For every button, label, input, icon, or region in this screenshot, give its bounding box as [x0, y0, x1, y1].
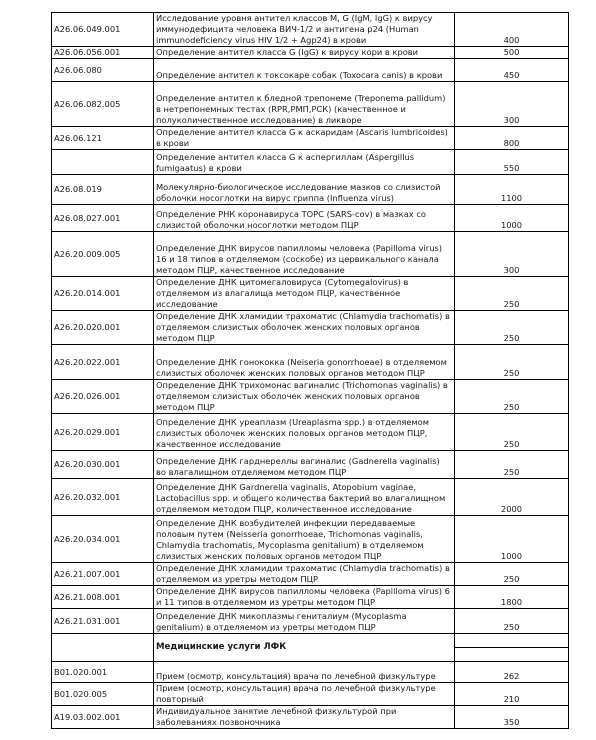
service-code: A26.06.121 — [52, 127, 154, 150]
service-description: Определение ДНК гонококка (Neiseria gono… — [154, 345, 455, 380]
service-code: A26.20.020.001 — [52, 311, 154, 345]
split-top — [455, 634, 568, 647]
table-row: A26.06.082.005Определение антител к блед… — [52, 82, 569, 127]
service-description: Определение ДНК Gardnerella vaginalis, A… — [154, 479, 455, 516]
table-row: A26.20.030.001Определение ДНК гарднерелл… — [52, 451, 569, 479]
service-code: A26.21.008.001 — [52, 586, 154, 609]
service-description: Молекулярно-биологическое исследование м… — [154, 175, 455, 205]
service-price: 400 — [455, 13, 569, 47]
service-description: Определение ДНК цитомегаловируса (Cytome… — [154, 277, 455, 311]
service-price: 250 — [455, 414, 569, 451]
table-row: A26.21.031.001Определение ДНК микоплазмы… — [52, 609, 569, 634]
service-description: Определение антител к токсокаре собак (T… — [154, 59, 455, 82]
section-price-cell — [455, 634, 569, 662]
table-row: A26.20.020.001Определение ДНК хламидии т… — [52, 311, 569, 345]
table-row: A26.21.007.001Определение ДНК хламидии т… — [52, 563, 569, 586]
service-description: Прием (осмотр, консультация) врача по ле… — [154, 662, 455, 683]
service-price: 250 — [455, 345, 569, 380]
service-code: B01.020.001 — [52, 662, 154, 683]
service-description: Определение ДНК хламидии трахоматис (Chl… — [154, 311, 455, 345]
service-price: 550 — [455, 150, 569, 175]
service-code: A26.20.009.005 — [52, 232, 154, 277]
service-price: 300 — [455, 232, 569, 277]
service-description: Определение антител класса G (IgG) к вир… — [154, 47, 455, 59]
table-row: A26.20.029.001Определение ДНК уреаплазм … — [52, 414, 569, 451]
service-price: 350 — [455, 706, 569, 729]
service-description: Определение ДНК возбудителей инфекции пе… — [154, 516, 455, 563]
table-row: A26.06.049.001Исследование уровня антите… — [52, 13, 569, 47]
service-code: A26.20.014.001 — [52, 277, 154, 311]
table-row: A26.20.014.001Определение ДНК цитомегало… — [52, 277, 569, 311]
service-price: 1800 — [455, 586, 569, 609]
service-price: 300 — [455, 82, 569, 127]
service-price: 250 — [455, 609, 569, 634]
service-code: A26.06.056.001 — [52, 47, 154, 59]
service-code: A26.20.034.001 — [52, 516, 154, 563]
service-code — [52, 150, 154, 175]
split-bottom — [455, 647, 568, 661]
service-description: Определение ДНК микоплазмы гениталиум (M… — [154, 609, 455, 634]
section-title: Медицинские услуги ЛФК — [154, 634, 455, 662]
service-code: A26.06.080 — [52, 59, 154, 82]
service-description: Определение ДНК вирусов папилломы челове… — [154, 232, 455, 277]
service-price: 250 — [455, 380, 569, 414]
table-row: A26.08.019Молекулярно-биологическое иссл… — [52, 175, 569, 205]
service-code: B01.020.005 — [52, 683, 154, 706]
table-row: A19.03.002.001Индивидуальное занятие леч… — [52, 706, 569, 729]
service-description: Определение антител к бледной трепонеме … — [154, 82, 455, 127]
service-description: Определение ДНК гарднереллы вагиналис (G… — [154, 451, 455, 479]
service-description: Индивидуальное занятие лечебной физкульт… — [154, 706, 455, 729]
table-row: B01.020.005Прием (осмотр, консультация) … — [52, 683, 569, 706]
service-description: Определение ДНК хламидии трахоматис (Chl… — [154, 563, 455, 586]
service-price: 800 — [455, 127, 569, 150]
table-row: A26.06.080Определение антител к токсокар… — [52, 59, 569, 82]
service-price: 1000 — [455, 205, 569, 232]
table-row: A26.06.056.001Определение антител класса… — [52, 47, 569, 59]
table-row: A26.20.034.001Определение ДНК возбудител… — [52, 516, 569, 563]
service-price: 1100 — [455, 175, 569, 205]
service-code: A26.08.019 — [52, 175, 154, 205]
service-description: Определение РНК коронавируса ТОРС (SARS-… — [154, 205, 455, 232]
table-row: A26.20.022.001Определение ДНК гонококка … — [52, 345, 569, 380]
service-code: A26.06.049.001 — [52, 13, 154, 47]
service-code — [52, 634, 154, 662]
service-code: A19.03.002.001 — [52, 706, 154, 729]
service-price: 262 — [455, 662, 569, 683]
service-price: 250 — [455, 311, 569, 345]
service-code: A26.08.027.001 — [52, 205, 154, 232]
service-code: A26.20.026.001 — [52, 380, 154, 414]
split-cell — [455, 634, 568, 661]
table-row: A26.20.032.001Определение ДНК Gardnerell… — [52, 479, 569, 516]
service-price: 250 — [455, 277, 569, 311]
service-description: Определение ДНК вирусов папилломы челове… — [154, 586, 455, 609]
table-row: B01.020.001Прием (осмотр, консультация) … — [52, 662, 569, 683]
service-price: 1000 — [455, 516, 569, 563]
service-code: A26.20.029.001 — [52, 414, 154, 451]
table-row: Определение антител класса G к аспергилл… — [52, 150, 569, 175]
section-header-row: Медицинские услуги ЛФК — [52, 634, 569, 662]
service-description: Определение антител класса G к аскаридам… — [154, 127, 455, 150]
service-description: Прием (осмотр, консультация) врача по ле… — [154, 683, 455, 706]
service-code: A26.20.022.001 — [52, 345, 154, 380]
service-description: Определение ДНК уреаплазм (Ureaplasma sp… — [154, 414, 455, 451]
service-price: 500 — [455, 47, 569, 59]
table-row: A26.08.027.001Определение РНК коронавиру… — [52, 205, 569, 232]
service-description: Определение ДНК трихомонас вагиналис (Tr… — [154, 380, 455, 414]
service-code: A26.06.082.005 — [52, 82, 154, 127]
table-row: A26.21.008.001Определение ДНК вирусов па… — [52, 586, 569, 609]
service-price: 450 — [455, 59, 569, 82]
table-row: A26.06.121Определение антител класса G к… — [52, 127, 569, 150]
table-row: A26.20.009.005Определение ДНК вирусов па… — [52, 232, 569, 277]
service-price: 250 — [455, 451, 569, 479]
service-price: 250 — [455, 563, 569, 586]
service-price: 210 — [455, 683, 569, 706]
service-code: A26.20.030.001 — [52, 451, 154, 479]
service-code: A26.21.031.001 — [52, 609, 154, 634]
price-list-body: A26.06.049.001Исследование уровня антите… — [52, 13, 569, 729]
price-list-table: A26.06.049.001Исследование уровня антите… — [51, 12, 569, 729]
service-price: 2000 — [455, 479, 569, 516]
service-description: Исследование уровня антител классов M, G… — [154, 13, 455, 47]
service-code: A26.20.032.001 — [52, 479, 154, 516]
service-description: Определение антител класса G к аспергилл… — [154, 150, 455, 175]
service-code: A26.21.007.001 — [52, 563, 154, 586]
table-row: A26.20.026.001Определение ДНК трихомонас… — [52, 380, 569, 414]
